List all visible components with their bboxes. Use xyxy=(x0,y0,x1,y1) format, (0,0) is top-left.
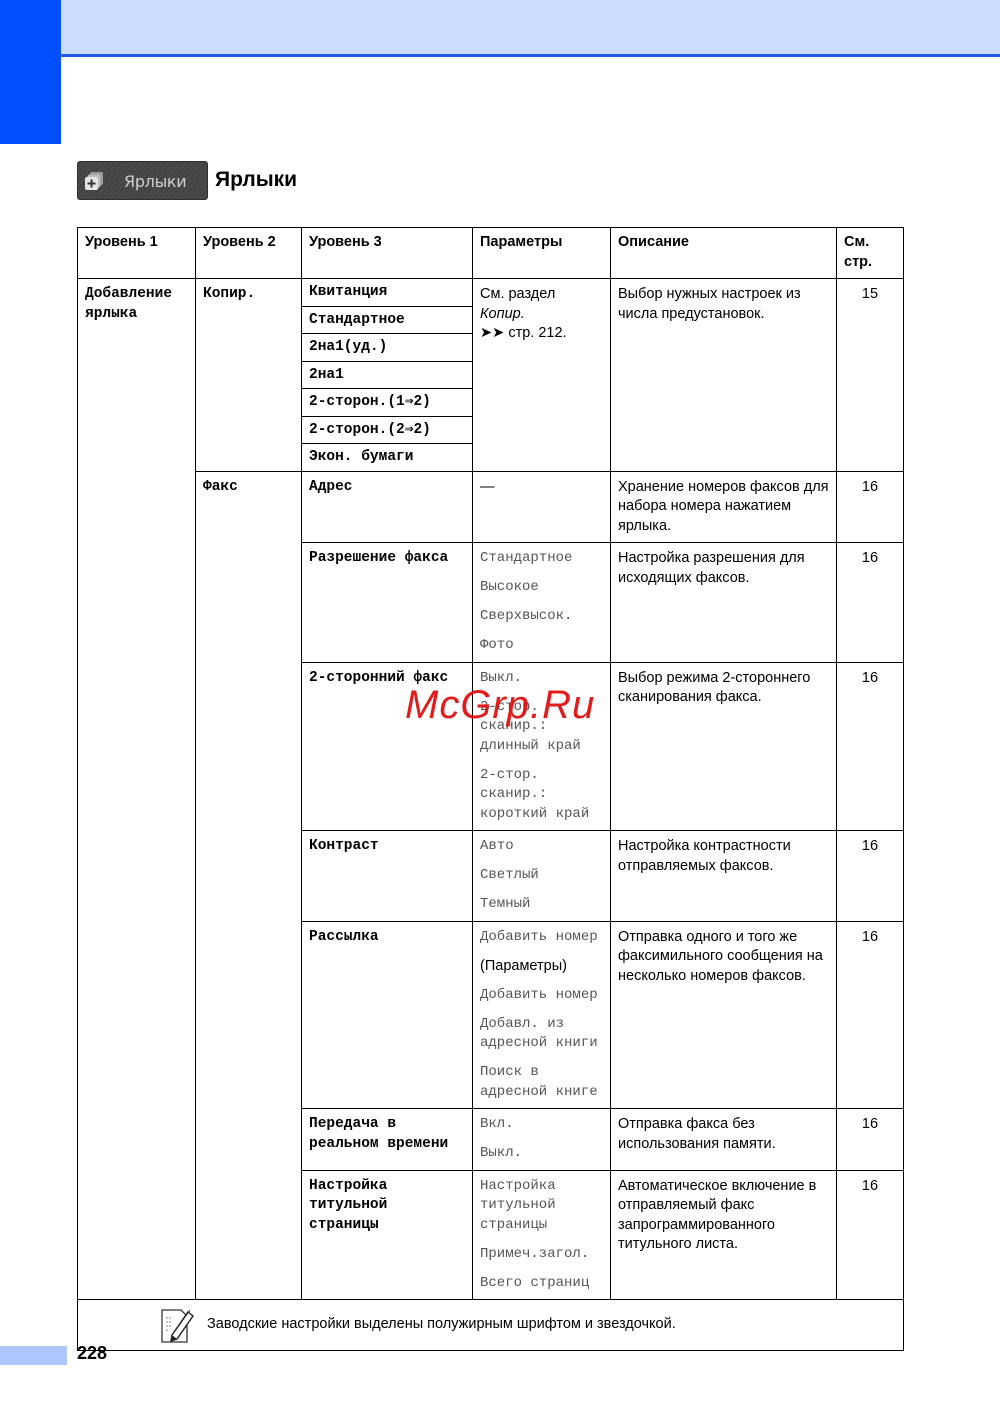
param-option: Светлый xyxy=(480,866,603,886)
level1-cell: Добавление ярлыка xyxy=(78,279,196,1300)
param-option: 2-стор. сканир.: короткий край xyxy=(480,766,603,825)
param-option: Авто xyxy=(480,837,603,857)
level3-cell: Стандартное xyxy=(302,306,473,334)
description-cell: Отправка факса без использования памяти. xyxy=(611,1109,837,1171)
page-cell: 16 xyxy=(837,1170,904,1300)
level3-cell: Контраст xyxy=(302,831,473,922)
param-option: Добавить номер xyxy=(480,928,603,948)
col-header-page: См. стр. xyxy=(837,228,904,279)
level3-cell: 2на1(уд.) xyxy=(302,334,473,362)
description-cell: Отправка одного и того же факсимильного … xyxy=(611,921,837,1109)
section-title: Ярлыки xyxy=(215,168,297,192)
level3-cell: Экон. бумаги xyxy=(302,444,473,472)
params-cell: — xyxy=(473,471,611,543)
param-option: Стандартное xyxy=(480,549,603,569)
add-shortcut-icon xyxy=(84,171,104,191)
watermark: McGrp.Ru xyxy=(405,683,595,728)
note-text: Заводские настройки выделены полужирным … xyxy=(207,1315,676,1335)
level3-cell: Разрешение факса xyxy=(302,543,473,663)
params-prefix: См. раздел xyxy=(480,286,555,302)
level3-cell: 2на1 xyxy=(302,361,473,389)
note-row: Заводские настройки выделены полужирным … xyxy=(78,1300,904,1351)
param-group-label: (Параметры) xyxy=(480,957,603,977)
page-cell: 16 xyxy=(837,662,904,831)
col-header-description: Описание xyxy=(611,228,837,279)
level3-cell: Настройка титульной страницы xyxy=(302,1170,473,1300)
col-header-level1: Уровень 1 xyxy=(78,228,196,279)
param-option: Добавл. из адресной книги xyxy=(480,1015,603,1054)
params-suffix: ➤➤ стр. 212. xyxy=(480,325,567,341)
page-cell: 16 xyxy=(837,831,904,922)
table-row: Факс Адрес — Хранение номеров факсов для… xyxy=(78,471,904,543)
param-option: Высокое xyxy=(480,578,603,598)
page-number: 228 xyxy=(77,1343,107,1364)
header-band xyxy=(61,0,1000,57)
level3-cell: Квитанция xyxy=(302,279,473,307)
level3-cell: 2-сторон.(1⇒2) xyxy=(302,389,473,417)
page-cell: 15 xyxy=(837,279,904,472)
param-option: Темный xyxy=(480,895,603,915)
description-cell: Настройка разрешения для исходящих факсо… xyxy=(611,543,837,663)
params-cell: Авто Светлый Темный xyxy=(473,831,611,922)
params-cell: Вкл. Выкл. xyxy=(473,1109,611,1171)
section-heading: Ярлыки Ярлыки xyxy=(77,160,297,200)
description-cell: Автоматическое включение в отправляемый … xyxy=(611,1170,837,1300)
description-cell: Выбор режима 2-стороннего сканирования ф… xyxy=(611,662,837,831)
level2-copy: Копир. xyxy=(196,279,302,472)
level3-cell: 2-сторон.(2⇒2) xyxy=(302,416,473,444)
col-header-params: Параметры xyxy=(473,228,611,279)
level2-fax: Факс xyxy=(196,471,302,1300)
param-option: Вкл. xyxy=(480,1115,603,1135)
param-option: Поиск в адресной книге xyxy=(480,1063,603,1102)
settings-table: Уровень 1 Уровень 2 Уровень 3 Параметры … xyxy=(77,227,904,1351)
param-option: — xyxy=(480,478,603,498)
param-option: Примеч.загол. xyxy=(480,1245,603,1265)
level3-cell: Адрес xyxy=(302,471,473,543)
param-option: Выкл. xyxy=(480,1144,603,1164)
col-header-level2: Уровень 2 xyxy=(196,228,302,279)
param-option: Сверхвысок. xyxy=(480,607,603,627)
params-cell: Стандартное Высокое Сверхвысок. Фото xyxy=(473,543,611,663)
description-cell: Выбор нужных настроек из числа предустан… xyxy=(611,279,837,472)
lcd-button-label: Ярлыки xyxy=(124,172,186,191)
params-cell: Добавить номер (Параметры) Добавить номе… xyxy=(473,921,611,1109)
col-header-level3: Уровень 3 xyxy=(302,228,473,279)
table-row: Добавление ярлыка Копир. Квитанция См. р… xyxy=(78,279,904,307)
note-pencil-icon xyxy=(159,1306,195,1344)
description-cell: Хранение номеров факсов для набора номер… xyxy=(611,471,837,543)
note: Заводские настройки выделены полужирным … xyxy=(85,1306,896,1344)
param-option: Настройка титульной страницы xyxy=(480,1177,603,1236)
chapter-tab xyxy=(0,0,61,144)
page-cell: 16 xyxy=(837,1109,904,1171)
level3-cell: Передача в реальном времени xyxy=(302,1109,473,1171)
description-cell: Настройка контрастности отправляемых фак… xyxy=(611,831,837,922)
shortcuts-lcd-button: Ярлыки xyxy=(77,161,208,200)
footer-bar xyxy=(0,1346,67,1365)
params-ref: Копир. xyxy=(480,306,525,322)
params-cell: См. раздел Копир. ➤➤ стр. 212. xyxy=(473,279,611,472)
page-cell: 16 xyxy=(837,471,904,543)
param-option: Всего страниц xyxy=(480,1274,603,1294)
page-cell: 16 xyxy=(837,921,904,1109)
level3-cell: Рассылка xyxy=(302,921,473,1109)
page-cell: 16 xyxy=(837,543,904,663)
param-option: Фото xyxy=(480,636,603,656)
table-header-row: Уровень 1 Уровень 2 Уровень 3 Параметры … xyxy=(78,228,904,279)
params-cell: Настройка титульной страницы Примеч.заго… xyxy=(473,1170,611,1300)
param-option: Добавить номер xyxy=(480,986,603,1006)
